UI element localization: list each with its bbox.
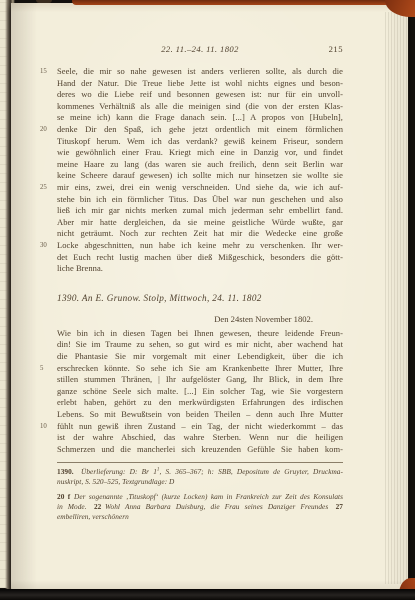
text-line: ist der wahre Abschied, das wahre Sterbe… xyxy=(57,432,343,444)
line-text: keine Scheere darauf gewesen) ich sollte… xyxy=(57,170,343,180)
apparatus-text: nuskript, S. 520–525, Textgrundlage: D xyxy=(57,477,174,486)
apparatus-text: Wohl Anna Barbara Duisburg, die Frau sei… xyxy=(101,502,328,511)
text-line: Lebens. So mit Bewußtsein von beiden The… xyxy=(57,409,343,421)
apparatus-text: , S. 365–367; h: SBB, Depositum de Gruyt… xyxy=(159,467,343,476)
margin-line-number: 10 xyxy=(40,421,49,433)
critical-apparatus: 1390. Überlieferung: D: Br 11, S. 365–36… xyxy=(57,467,343,522)
apparatus-text xyxy=(328,502,335,511)
line-text: ganze schöne Seele sich malte. [...] Ein… xyxy=(57,386,343,396)
letter-dateline: Den 24sten November 1802. xyxy=(57,314,343,326)
text-line: 15Seele, die mir so nahe gewesen ist and… xyxy=(57,66,343,78)
background-table xyxy=(0,589,415,600)
margin-line-number: 25 xyxy=(40,182,49,194)
page-fore-edge xyxy=(385,12,409,584)
previous-letter-continuation: 15Seele, die mir so nahe gewesen ist and… xyxy=(57,66,343,275)
printed-page-content: 22. 11.–24. 11. 1802 215 15Seele, die mi… xyxy=(57,3,343,522)
margin-line-number: 15 xyxy=(40,66,49,78)
line-text: Seele, die mir so nahe gewesen ist ander… xyxy=(57,66,343,76)
text-line: se meine ich) kann die Frage danach sein… xyxy=(57,112,343,124)
line-text: ist der wahre Abschied, das wahre Sterbe… xyxy=(57,432,343,442)
text-line: erlebt haben, gehört zu den merkwürdigst… xyxy=(57,397,343,409)
line-text: meine Haare zu lang (das waren sie auch … xyxy=(57,159,343,169)
text-line: deres wo die Liebe reif und besonnen gew… xyxy=(57,89,343,101)
text-line: det Euch recht lustig machen über dieß M… xyxy=(57,252,343,264)
line-text: Locke abgeschnitten, nun habe ich keine … xyxy=(57,240,343,250)
apparatus-line: in Mode. 22 Wohl Anna Barbara Duisburg, … xyxy=(57,502,343,512)
text-line: liche Brenna. xyxy=(57,263,343,275)
text-line: wie gewöhnlich einer Frau. Kriegt mich e… xyxy=(57,147,343,159)
text-line: die Phantasie Sie mir vorgemalt mit eine… xyxy=(57,351,343,363)
line-text: se meine ich) kann die Frage danach sein… xyxy=(57,112,343,122)
line-text: fühlt nun gewiß ihren Zustand – ein Tag,… xyxy=(57,421,343,431)
apparatus-text: embelliren, verschönern xyxy=(57,512,129,521)
text-line: 20denke Dir den Spaß, ich gehe jetzt ord… xyxy=(57,124,343,136)
text-line: 5erschrecken könnte. So sehe ich Sie am … xyxy=(57,363,343,375)
line-text: die Phantasie Sie mir vorgemalt mit eine… xyxy=(57,351,343,361)
line-text: mir eins, zwei, drei ein wenig verschnei… xyxy=(57,182,343,192)
apparatus-lemma-number: 27 xyxy=(336,502,343,511)
line-text: wie gewöhnlich einer Frau. Kriegt mich e… xyxy=(57,147,343,157)
text-line: 25mir eins, zwei, drei ein wenig verschn… xyxy=(57,182,343,194)
apparatus-line: 20 f Der sogenannte ‚Tituskopf‘ (kurze L… xyxy=(57,492,343,502)
line-text: kommenes Verhältniß als alle die meinige… xyxy=(57,101,343,111)
running-header: 22. 11.–24. 11. 1802 215 xyxy=(57,43,343,55)
apparatus-line: embelliren, verschönern xyxy=(57,512,343,522)
line-text: Wie bin ich in diesen Tagen bei Ihnen ge… xyxy=(57,328,343,338)
line-text: Hand der Natur. Die Treue liebe Jette is… xyxy=(57,78,343,88)
line-text: denke Dir den Spaß, ich gehe jetzt orden… xyxy=(57,124,343,134)
line-text: deres wo die Liebe reif und besonnen gew… xyxy=(57,89,343,99)
apparatus-line: nuskript, S. 520–525, Textgrundlage: D xyxy=(57,477,343,487)
apparatus-divider-rule xyxy=(57,462,343,463)
margin-line-number: 30 xyxy=(40,240,49,252)
text-line: din! Sie im Traume zu sehen, so gut wird… xyxy=(57,339,343,351)
page-number: 215 xyxy=(329,43,343,55)
line-text: ließ ich mir gar nichts merken zumal mic… xyxy=(57,205,343,215)
apparatus-text xyxy=(87,502,94,511)
line-text: Tituskopf herum. Wem ich das verdank? ge… xyxy=(57,136,343,146)
line-text: erlebt haben, gehört zu den merkwürdigst… xyxy=(57,397,343,407)
apparatus-lemma-number: 20 f xyxy=(57,492,70,501)
line-text: Aber mir hatte dergleichen, da sie meine… xyxy=(57,217,343,227)
text-line: kommenes Verhältniß als alle die meinige… xyxy=(57,101,343,113)
line-text: det Euch recht lustig machen über dieß M… xyxy=(57,252,343,262)
letter-body: Wie bin ich in diesen Tagen bei Ihnen ge… xyxy=(57,328,343,456)
text-line: keine Scheere darauf gewesen) ich sollte… xyxy=(57,170,343,182)
text-line: ließ ich mir gar nichts merken zumal mic… xyxy=(57,205,343,217)
line-text: stehe bin ich ein förmlicher Titus. Das … xyxy=(57,194,343,204)
line-text: erschrecken könnte. So sehe ich Sie am K… xyxy=(57,363,343,373)
line-text: stillen stummen Thränen, | Ihr aufgelöst… xyxy=(57,374,343,384)
apparatus-lemma-number: 1390. xyxy=(57,467,74,476)
header-date-range: 22. 11.–24. 11. 1802 xyxy=(57,43,343,55)
text-line: meine Haare zu lang (das waren sie auch … xyxy=(57,159,343,171)
text-line: Hand der Natur. Die Treue liebe Jette is… xyxy=(57,78,343,90)
line-text: Lebens. So mit Bewußtsein von beiden The… xyxy=(57,409,343,419)
line-text: liche Brenna. xyxy=(57,263,103,273)
text-line: Aber mir hatte dergleichen, da sie meine… xyxy=(57,217,343,229)
apparatus-text: Überlieferung: D: Br 1 xyxy=(74,467,157,476)
line-text: nicht geträumt. Noch zur rechten Zeit ha… xyxy=(57,228,343,238)
apparatus-text: Der sogenannte ‚Tituskopf‘ (kurze Locken… xyxy=(70,492,343,501)
letter-heading: 1390. An E. Grunow. Stolp, Mittwoch, 24.… xyxy=(57,293,343,305)
book-spine-mark xyxy=(36,0,52,3)
line-text: din! Sie im Traume zu sehen, so gut wird… xyxy=(57,339,343,349)
text-line: stehe bin ich ein förmlicher Titus. Das … xyxy=(57,194,343,206)
text-line: Wie bin ich in diesen Tagen bei Ihnen ge… xyxy=(57,328,343,340)
text-line: 10fühlt nun gewiß ihren Zustand – ein Ta… xyxy=(57,421,343,433)
text-line: ganze schöne Seele sich malte. [...] Ein… xyxy=(57,386,343,398)
text-line: nicht geträumt. Noch zur rechten Zeit ha… xyxy=(57,228,343,240)
line-text: Schmerzen und die mancherlei sich kreuze… xyxy=(57,444,343,454)
apparatus-text: in Mode. xyxy=(57,502,87,511)
text-line: Tituskopf herum. Wem ich das verdank? ge… xyxy=(57,136,343,148)
book-scan-photo: { "colors":{ "paper":"#f3eedb", "ink":"#… xyxy=(0,0,415,600)
apparatus-line: 1390. Überlieferung: D: Br 11, S. 365–36… xyxy=(57,467,343,477)
text-line: 30Locke abgeschnitten, nun habe ich kein… xyxy=(57,240,343,252)
text-line: Schmerzen und die mancherlei sich kreuze… xyxy=(57,444,343,456)
margin-line-number: 5 xyxy=(40,363,49,375)
text-line: stillen stummen Thränen, | Ihr aufgelöst… xyxy=(57,374,343,386)
margin-line-number: 20 xyxy=(40,124,49,136)
